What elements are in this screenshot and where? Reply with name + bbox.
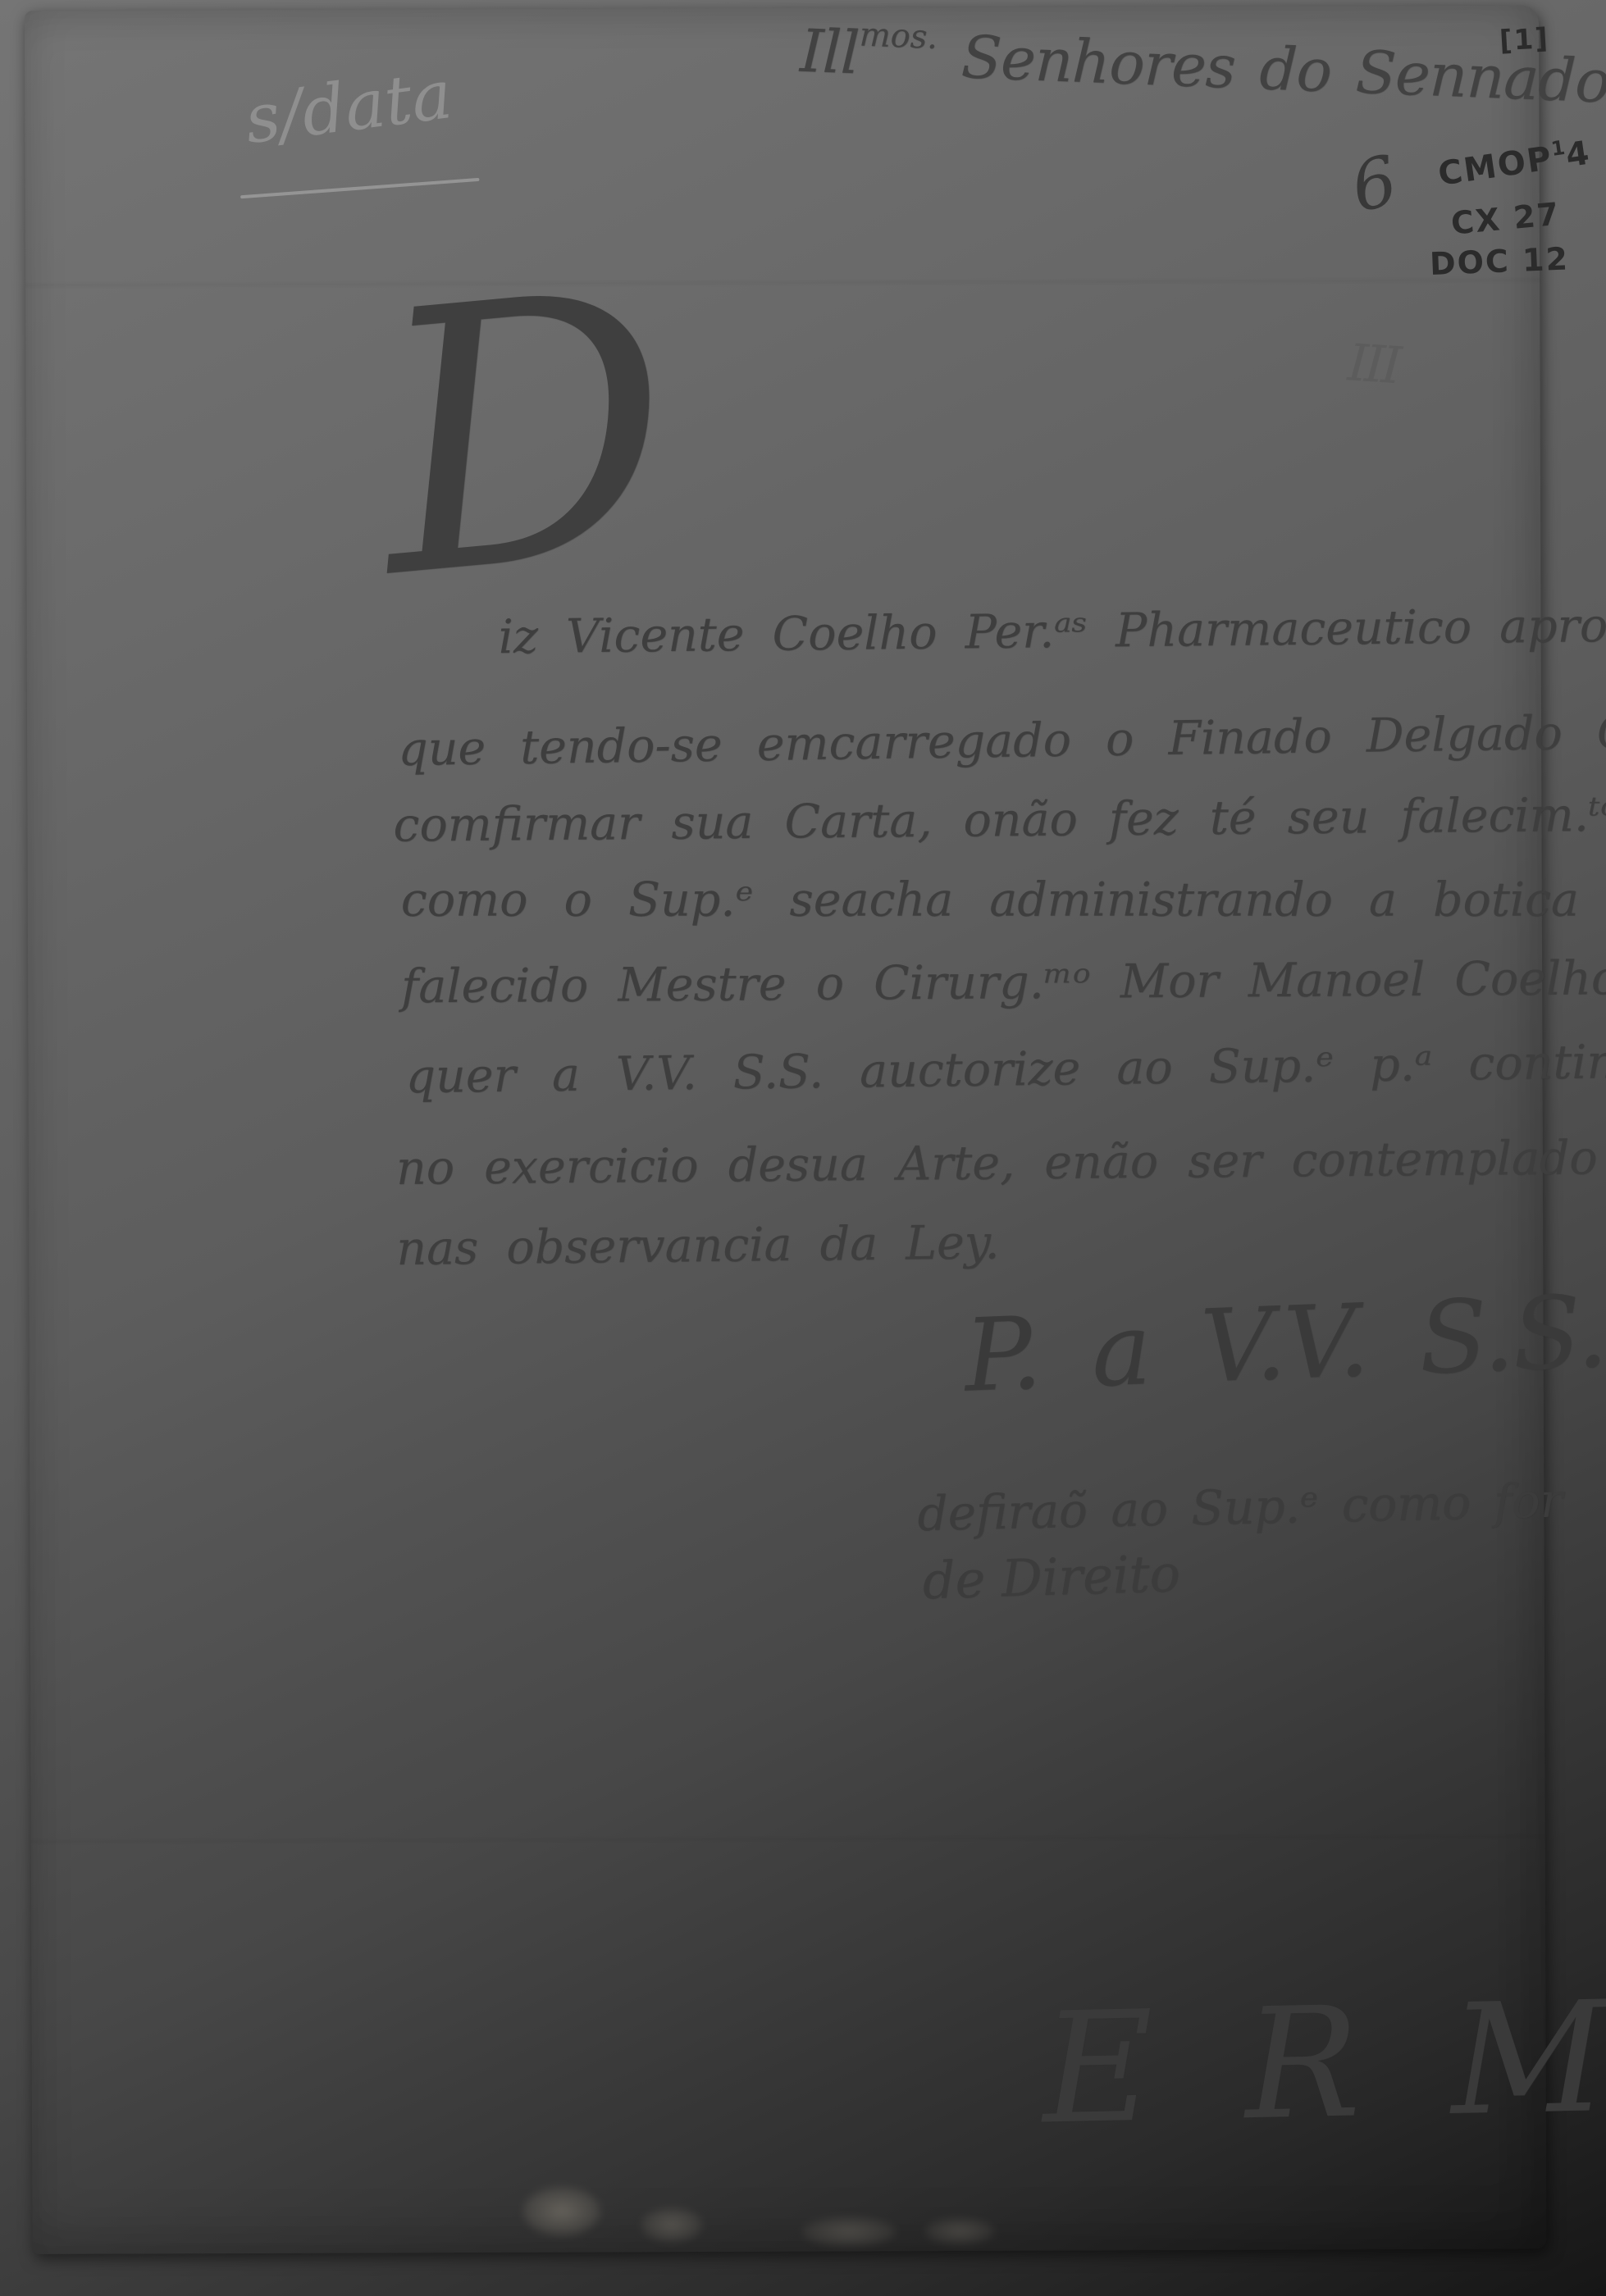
paper-smudge [924,2218,994,2244]
paper-smudge [641,2207,702,2242]
scanned-manuscript: { "colors": { "scan_background": "#5d5d5… [0,0,1606,2296]
body-line-5: falecido Mestre o Cirurg.ᵐᵒ Mor Manoel C… [401,950,1606,1014]
salutation-superscript: mos. [859,16,938,57]
body-line-6: quer a V.V. S.S. auctorize ao Sup.ᵉ p.ᵃ … [405,1034,1606,1104]
fonds-code-prefix: CMOP [1435,139,1555,194]
paper-crease [25,276,1540,289]
fonds-code-number: 4 [1563,134,1593,175]
pencil-no-date-note: s/data [240,56,456,159]
valediction-erm: E R M.ᶜᵉ [1041,1965,1606,2157]
body-line-7: no exercicio desua Arte, enão ser contem… [396,1129,1606,1196]
paper-smudge [522,2187,600,2236]
document-page: s/data Illmos. Senhores do Sennado. [1] … [25,6,1547,2254]
ink-number-six: 6 [1344,140,1404,228]
body-line-2: que tendo-se emcarregado o Finado Delgad… [398,701,1606,777]
drop-cap-initial: D [365,243,686,628]
closing-line-2: de Direito [922,1543,1181,1610]
paper-smudge [801,2216,896,2246]
salutation: Illmos. Senhores do Sennado. [799,14,1606,117]
body-line-4: como o Sup.ᵉ seacha administrando a boti… [401,872,1606,927]
body-line-8: nas observancia da Ley. [396,1215,1000,1276]
peroration: P. a V.V. S.S. [962,1273,1606,1414]
pencil-underline [240,178,480,198]
document-code: DOC 12 [1429,240,1569,281]
paper-crease [31,1833,1545,1846]
faint-bleedthrough-mark: III [1346,332,1400,395]
folio-number-mark: [1] [1499,22,1550,57]
body-line-3: comfirmar sua Carta, onão fez té seu fal… [393,787,1606,853]
closing-line-1: defiraõ ao Sup.ᵉ como for [917,1473,1563,1542]
salutation-pre: Ill [799,16,860,88]
